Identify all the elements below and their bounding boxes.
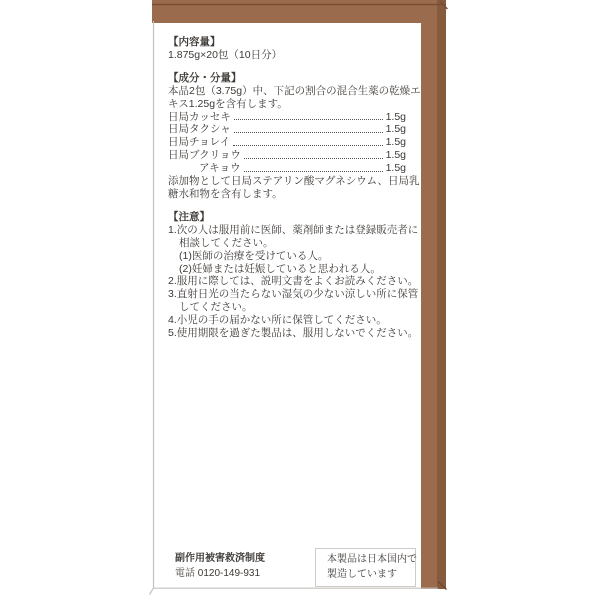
section-heading-content-amount: 【内容量】 — [168, 36, 420, 49]
ingredient-amount: 1.5g — [386, 136, 406, 149]
caution-line: (2)妊婦または妊娠していると思われる人。 — [168, 263, 420, 276]
caution-line: 5.使用期限を過ぎた製品は、服用しないでください。 — [168, 327, 420, 340]
dotted-leader — [234, 119, 383, 120]
section-heading-ingredients: 【成分・分量】 — [168, 72, 420, 85]
caution-line: 2.服用に際しては、説明文書をよくお読みください。 — [168, 275, 420, 288]
dotted-leader — [233, 145, 382, 146]
ingredient-row: 日局カッセキ 1.5g — [168, 111, 420, 124]
content-amount-value: 1.875g×20包（10日分） — [168, 49, 420, 62]
caution-line: 相談してください。 — [168, 237, 420, 250]
box-top-flap — [152, 0, 446, 23]
made-in-japan-box: 本製品は日本国内で 製造しています — [315, 548, 416, 587]
ingredient-amount: 1.5g — [386, 123, 406, 136]
label-text-area: 【内容量】 1.875g×20包（10日分） 【成分・分量】 本品2包（3.75… — [168, 36, 420, 340]
ingredient-amount: 1.5g — [386, 162, 406, 175]
ingredient-name: 日局チョレイ — [168, 136, 230, 149]
box-bottom-left-tick-line — [150, 588, 154, 595]
ingredient-row: アキョウ 1.5g — [168, 162, 420, 175]
ingredient-name: 日局ブクリョウ — [168, 149, 241, 162]
additives-line: 添加物として日局ステアリン酸マグネシウム、日局乳 — [168, 175, 420, 188]
caution-line: してください。 — [168, 301, 420, 314]
caution-line: (1)医師の治療を受けている人。 — [168, 250, 420, 263]
caution-line: 3.直射日光の当たらない湿気の少ない涼しい所に保管 — [168, 288, 420, 301]
relief-system-title: 副作用被害救済制度 — [175, 552, 265, 567]
package-back-panel: 【内容量】 1.875g×20包（10日分） 【成分・分量】 本品2包（3.75… — [0, 0, 600, 600]
relief-system-phone: 電話 0120-149-931 — [175, 567, 265, 582]
section-heading-caution: 【注意】 — [168, 211, 420, 224]
ingredient-row: 日局タクシャ 1.5g — [168, 123, 420, 136]
ingredient-row: 日局チョレイ 1.5g — [168, 136, 420, 149]
ingredients-intro-line: 本品2包（3.75g）中、下記の割合の混合生薬の乾燥エ — [168, 85, 420, 98]
caution-line: 1.次の人は服用前に医師、薬剤師または登録販売者に — [168, 224, 420, 237]
ingredient-amount: 1.5g — [386, 111, 406, 124]
additives-line: 糖水和物を含有します。 — [168, 188, 420, 201]
ingredient-name: 日局タクシャ — [168, 123, 231, 136]
ingredients-intro-line: キス1.25gを含有します。 — [168, 98, 420, 111]
made-in-japan-line: 本製品は日本国内で — [327, 553, 415, 568]
caution-line: 4.小児の手の届かない所に保管してください。 — [168, 314, 420, 327]
ingredient-row: 日局ブクリョウ 1.5g — [168, 149, 420, 162]
side-effect-relief-block: 副作用被害救済制度 電話 0120-149-931 — [175, 552, 265, 581]
dotted-leader — [244, 171, 383, 172]
ingredient-name: アキョウ — [168, 162, 241, 175]
dotted-leader — [244, 158, 383, 159]
dotted-leader — [234, 132, 383, 133]
made-in-japan-line: 製造しています — [327, 568, 415, 583]
box-right-side-shadow — [437, 0, 446, 589]
ingredient-name: 日局カッセキ — [168, 111, 231, 124]
ingredient-amount: 1.5g — [386, 149, 406, 162]
